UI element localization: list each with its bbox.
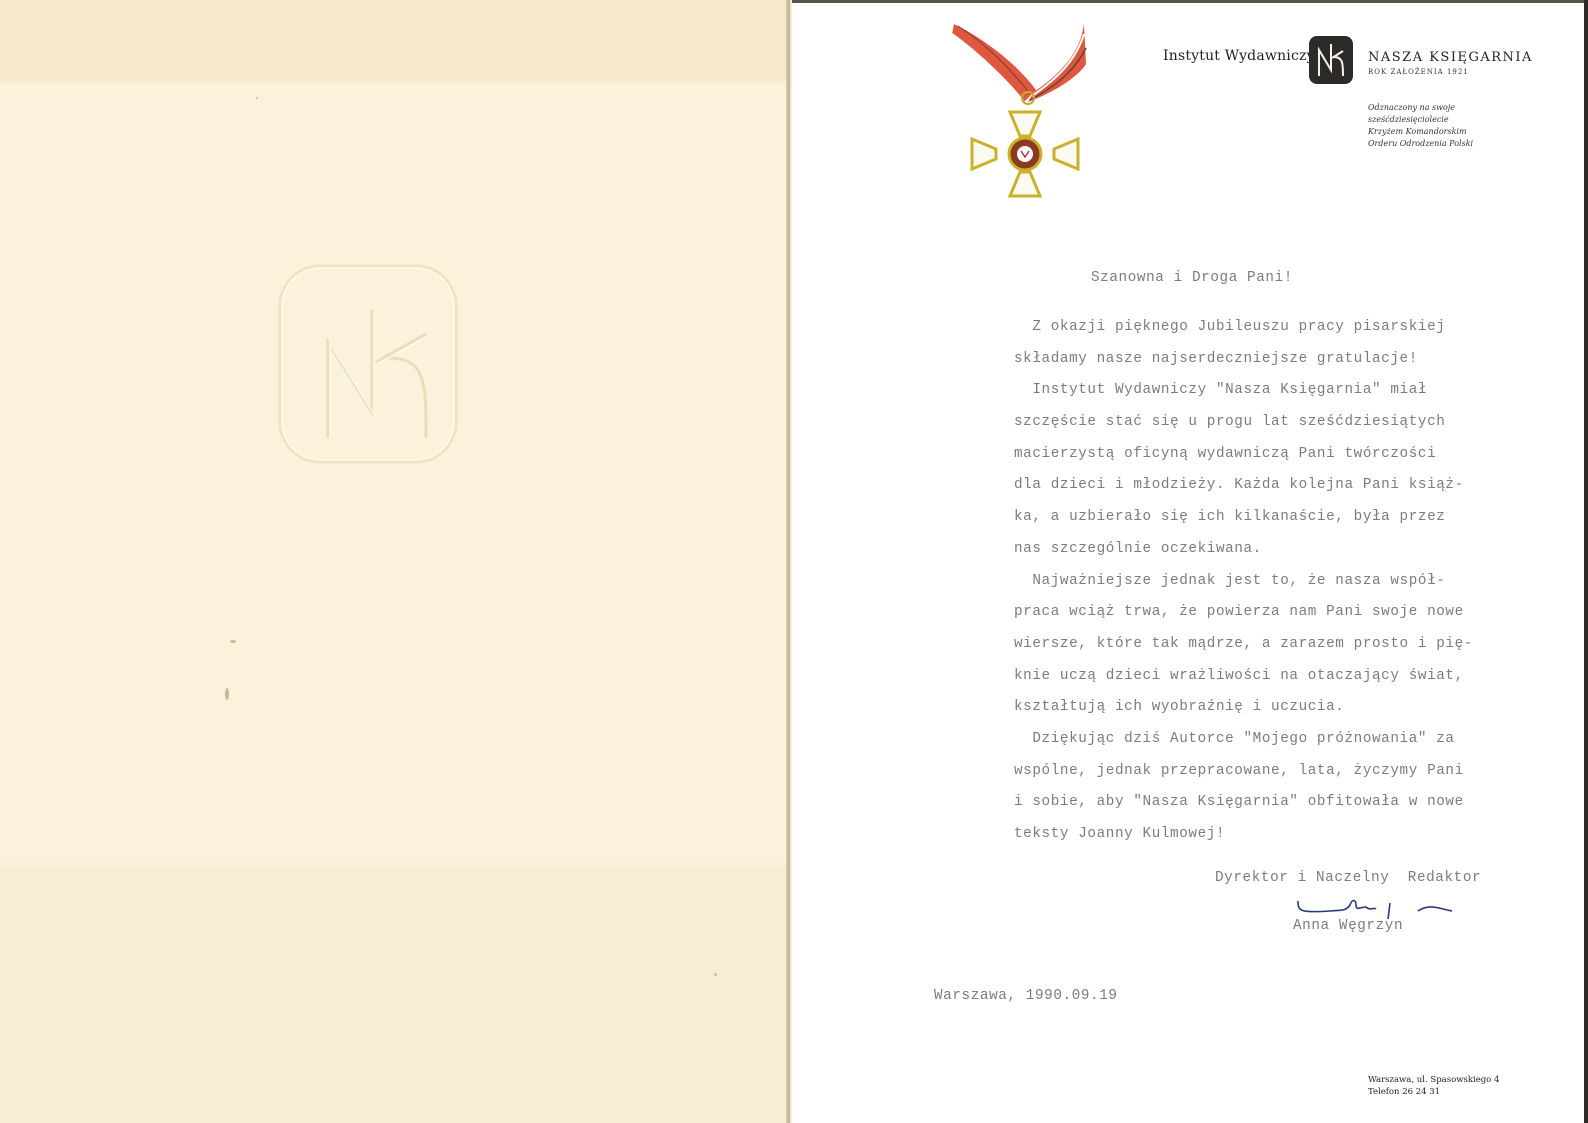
body-line: nas szczególnie oczekiwana. xyxy=(1014,538,1534,570)
brand-subtitle: ROK ZAŁOŻENIA 1921 xyxy=(1368,68,1469,76)
paper-speck xyxy=(256,97,258,99)
body-line: kształtują ich wyobraźnię i uczucia. xyxy=(1014,696,1534,728)
letter-body: Z okazji pięknego Jubileuszu pracy pisar… xyxy=(1014,316,1534,855)
brand-name: NASZA KSIĘGARNIA xyxy=(1368,50,1533,65)
paper-speck xyxy=(230,640,236,643)
body-line: Instytut Wydawniczy "Nasza Księgarnia" m… xyxy=(1014,379,1534,411)
body-line: teksty Joanny Kulmowej! xyxy=(1014,823,1534,855)
body-line: Najważniejsze jednak jest to, że nasza w… xyxy=(1014,570,1534,602)
body-line: wspólne, jednak przepracowane, lata, życ… xyxy=(1014,760,1534,792)
body-line: ka, a uzbierało się ich kilkanaście, był… xyxy=(1014,506,1534,538)
publisher-institute-label: Instytut Wydawniczy xyxy=(1163,48,1315,64)
paper-speck xyxy=(714,973,717,976)
footer-address: Warszawa, ul. Spasowskiego 4 Telefon 26 … xyxy=(1368,1074,1499,1098)
award-note-line: Orderu Odrodzenia Polski xyxy=(1368,138,1473,150)
address-line: Warszawa, ul. Spasowskiego 4 xyxy=(1368,1074,1499,1086)
body-line: praca wciąż trwa, że powierza nam Pani s… xyxy=(1014,601,1534,633)
salutation: Szanowna i Droga Pani! xyxy=(1091,270,1293,286)
paper-speck xyxy=(225,688,229,700)
body-line: składamy nasze najserdeczniejsze gratula… xyxy=(1014,348,1534,380)
body-line: knie uczą dzieci wrażliwości na otaczają… xyxy=(1014,665,1534,697)
award-note: Odznaczony na swoje sześćdziesięciolecie… xyxy=(1368,102,1473,150)
embossed-nk-logo-icon xyxy=(276,262,460,466)
body-line: macierzystą oficyną wydawniczą Pani twór… xyxy=(1014,443,1534,475)
award-note-line: Krzyżem Komandorskim xyxy=(1368,126,1473,138)
order-medal-icon xyxy=(950,24,1090,200)
body-line: szczęście stać się u progu lat sześćdzie… xyxy=(1014,411,1534,443)
body-line: wiersze, które tak mądrze, a zarazem pro… xyxy=(1014,633,1534,665)
body-line: Z okazji pięknego Jubileuszu pracy pisar… xyxy=(1014,316,1534,348)
body-line: Dziękując dziś Autorce "Mojego próżnowan… xyxy=(1014,728,1534,760)
award-note-line: Odznaczony na swoje xyxy=(1368,102,1473,114)
phone-line: Telefon 26 24 31 xyxy=(1368,1086,1499,1098)
body-line: i sobie, aby "Nasza Księgarnia" obfitowa… xyxy=(1014,791,1534,823)
nk-logo-icon xyxy=(1309,36,1353,84)
body-line: dla dzieci i młodzieży. Każda kolejna Pa… xyxy=(1014,474,1534,506)
page-right-edge xyxy=(1584,0,1588,1123)
signature-title: Dyrektor i Naczelny Redaktor xyxy=(1215,870,1481,886)
left-page-embossed xyxy=(0,0,790,1123)
page-top-edge xyxy=(792,0,1584,3)
signer-name: Anna Węgrzyn xyxy=(1293,918,1403,934)
award-note-line: sześćdziesięciolecie xyxy=(1368,114,1473,126)
letter-date: Warszawa, 1990.09.19 xyxy=(934,988,1118,1004)
